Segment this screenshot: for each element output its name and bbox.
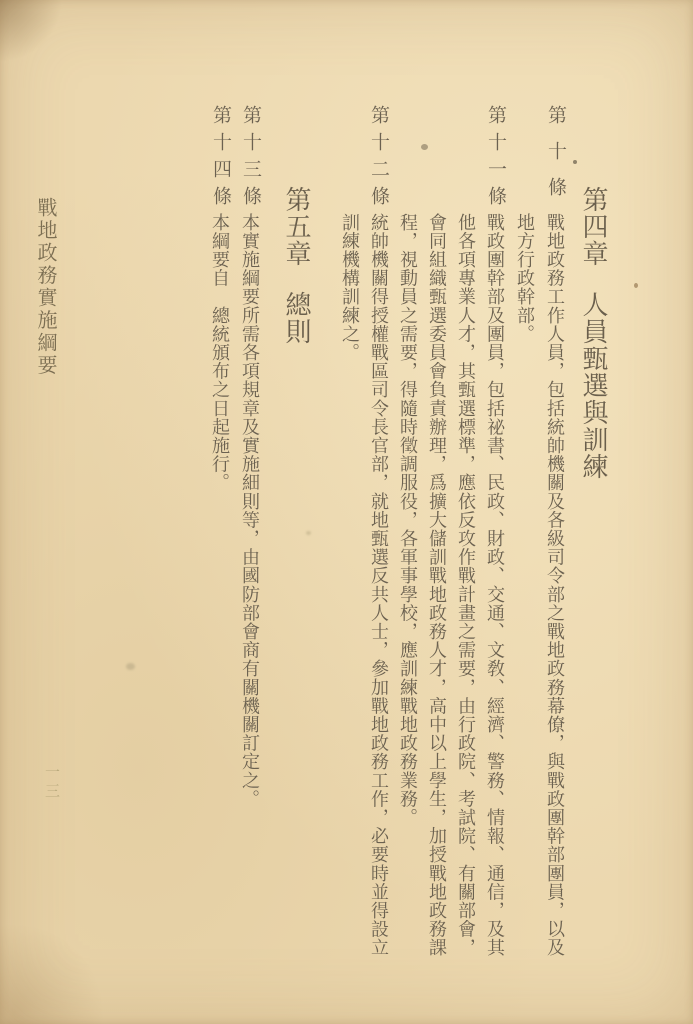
article-14-line-1: 第十四條本綱要自 總統頒布之日起施行。 bbox=[205, 97, 235, 957]
chapter-5-title: 總則 bbox=[282, 291, 311, 345]
running-head-title: 戰地政務實施綱要 bbox=[31, 197, 58, 377]
paper-speck bbox=[634, 283, 638, 288]
article-12-line-2: 訓練機構訓練之。 bbox=[335, 97, 364, 957]
paper-speck bbox=[421, 144, 428, 150]
article-10-number: 第十條 bbox=[540, 105, 570, 213]
article-12-text-1: 統帥機關得授權戰區司令長官部，就地甄選反共人士，參加戰地政務工作，必要時並得設立 bbox=[369, 213, 389, 957]
article-10-line-2: 地方行政幹部。 bbox=[510, 97, 540, 957]
chapter-4-number: 第四章 bbox=[579, 186, 608, 267]
article-11-line-2: 他各項專業人才，其甄選標準，應依反攻作戰計畫之需要，由行政院、考試院、有關部會， bbox=[451, 97, 480, 957]
chapter-4-heading: 第四章人員甄選與訓練 bbox=[570, 97, 616, 957]
article-13-number: 第十三條 bbox=[235, 105, 265, 213]
article-12-number: 第十二條 bbox=[364, 105, 393, 213]
article-11-line-3: 會同組織甄選委員會負責辦理，爲擴大儲訓戰地政務人才，高中以上學生，加授戰地政務課 bbox=[422, 97, 451, 957]
chapter-5-number: 第五章 bbox=[282, 186, 311, 267]
paper-stain bbox=[306, 531, 311, 535]
article-11-line-4: 程，視動員之需要，得隨時徵調服役，各軍事學校，應訓練戰地政務業務。 bbox=[393, 97, 422, 957]
article-13-line-1: 第十三條本實施綱要所需各項規章及實施細則等，由國防部會商有關機關訂定之。 bbox=[235, 97, 265, 957]
article-13-text-1: 本實施綱要所需各項規章及實施細則等，由國防部會商有關機關訂定之。 bbox=[240, 213, 260, 808]
article-14-text-1: 本綱要自 總統頒布之日起施行。 bbox=[210, 213, 230, 492]
article-14-number: 第十四條 bbox=[205, 105, 235, 213]
article-10-text-1: 戰地政務工作人員，包括統帥機關及各級司令部之戰地政務幕僚，與戰政團幹部團員，以及 bbox=[545, 213, 565, 957]
article-11-text-1: 戰政團幹部及團員，包括祕書、民政、財政、交通、文敎、經濟、警務、情報、通信，及其 bbox=[485, 213, 505, 957]
page-text-block: 第四章人員甄選與訓練 第十條戰地政務工作人員，包括統帥機關及各級司令部之戰地政務… bbox=[205, 97, 616, 957]
paper-speck bbox=[573, 160, 577, 164]
article-11-line-1: 第十一條戰政團幹部及團員，包括祕書、民政、財政、交通、文敎、經濟、警務、情報、通… bbox=[480, 97, 510, 957]
paper-stain bbox=[126, 663, 135, 670]
article-10-line-1: 第十條戰地政務工作人員，包括統帥機關及各級司令部之戰地政務幕僚，與戰政團幹部團員… bbox=[540, 97, 570, 957]
chapter-5-heading: 第五章總則 bbox=[273, 97, 319, 957]
article-12-line-1: 第十二條統帥機關得授權戰區司令長官部，就地甄選反共人士，參加戰地政務工作，必要時… bbox=[364, 97, 393, 957]
scanned-document-page: 第四章人員甄選與訓練 第十條戰地政務工作人員，包括統帥機關及各級司令部之戰地政務… bbox=[0, 0, 693, 1024]
chapter-4-title: 人員甄選與訓練 bbox=[579, 291, 608, 480]
article-11-number: 第十一條 bbox=[480, 105, 510, 213]
page-number: 一三 bbox=[41, 764, 61, 802]
